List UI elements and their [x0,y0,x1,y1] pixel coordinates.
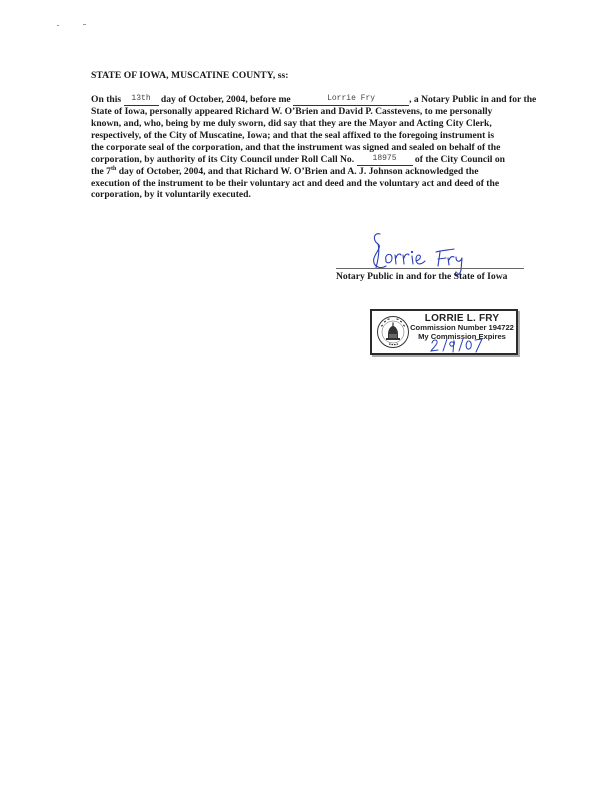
paragraph-line: the 7th day of October, 2004, and that R… [91,166,534,178]
notarial-seal-icon [376,315,410,349]
paragraph-line: known, and, who, being by me duly sworn,… [91,118,534,130]
paragraph-line: On this 13th day of October, 2004, befor… [91,94,534,106]
notary-name-field[interactable]: Lorrie Fry [293,96,409,106]
paragraph-line: corporation, by authority of its City Co… [91,154,534,166]
signature-line [336,268,524,269]
scan-speck [57,25,59,26]
paragraph-line: the corporate seal of the corporation, a… [91,142,534,154]
scan-speck [83,24,86,25]
paragraph-line: corporation, by it voluntarily executed. [91,189,534,201]
day-field[interactable]: 13th [124,96,159,106]
acknowledgment-paragraph: On this 13th day of October, 2004, befor… [91,94,534,201]
venue-heading: STATE OF IOWA, MUSCATINE COUNTY, ss: [91,70,289,81]
notary-stamp: LORRIE L. FRY Commission Number 194722 M… [370,309,518,355]
roll-call-field[interactable]: 18975 [357,156,413,166]
handwritten-expiration-date [426,336,486,354]
paragraph-line: State of Iowa, personally appeared Richa… [91,106,534,118]
paragraph-line: execution of the instrument to be their … [91,178,534,190]
signature-caption: Notary Public in and for the State of Io… [336,271,507,282]
paragraph-line: respectively, of the City of Muscatine, … [91,130,534,142]
